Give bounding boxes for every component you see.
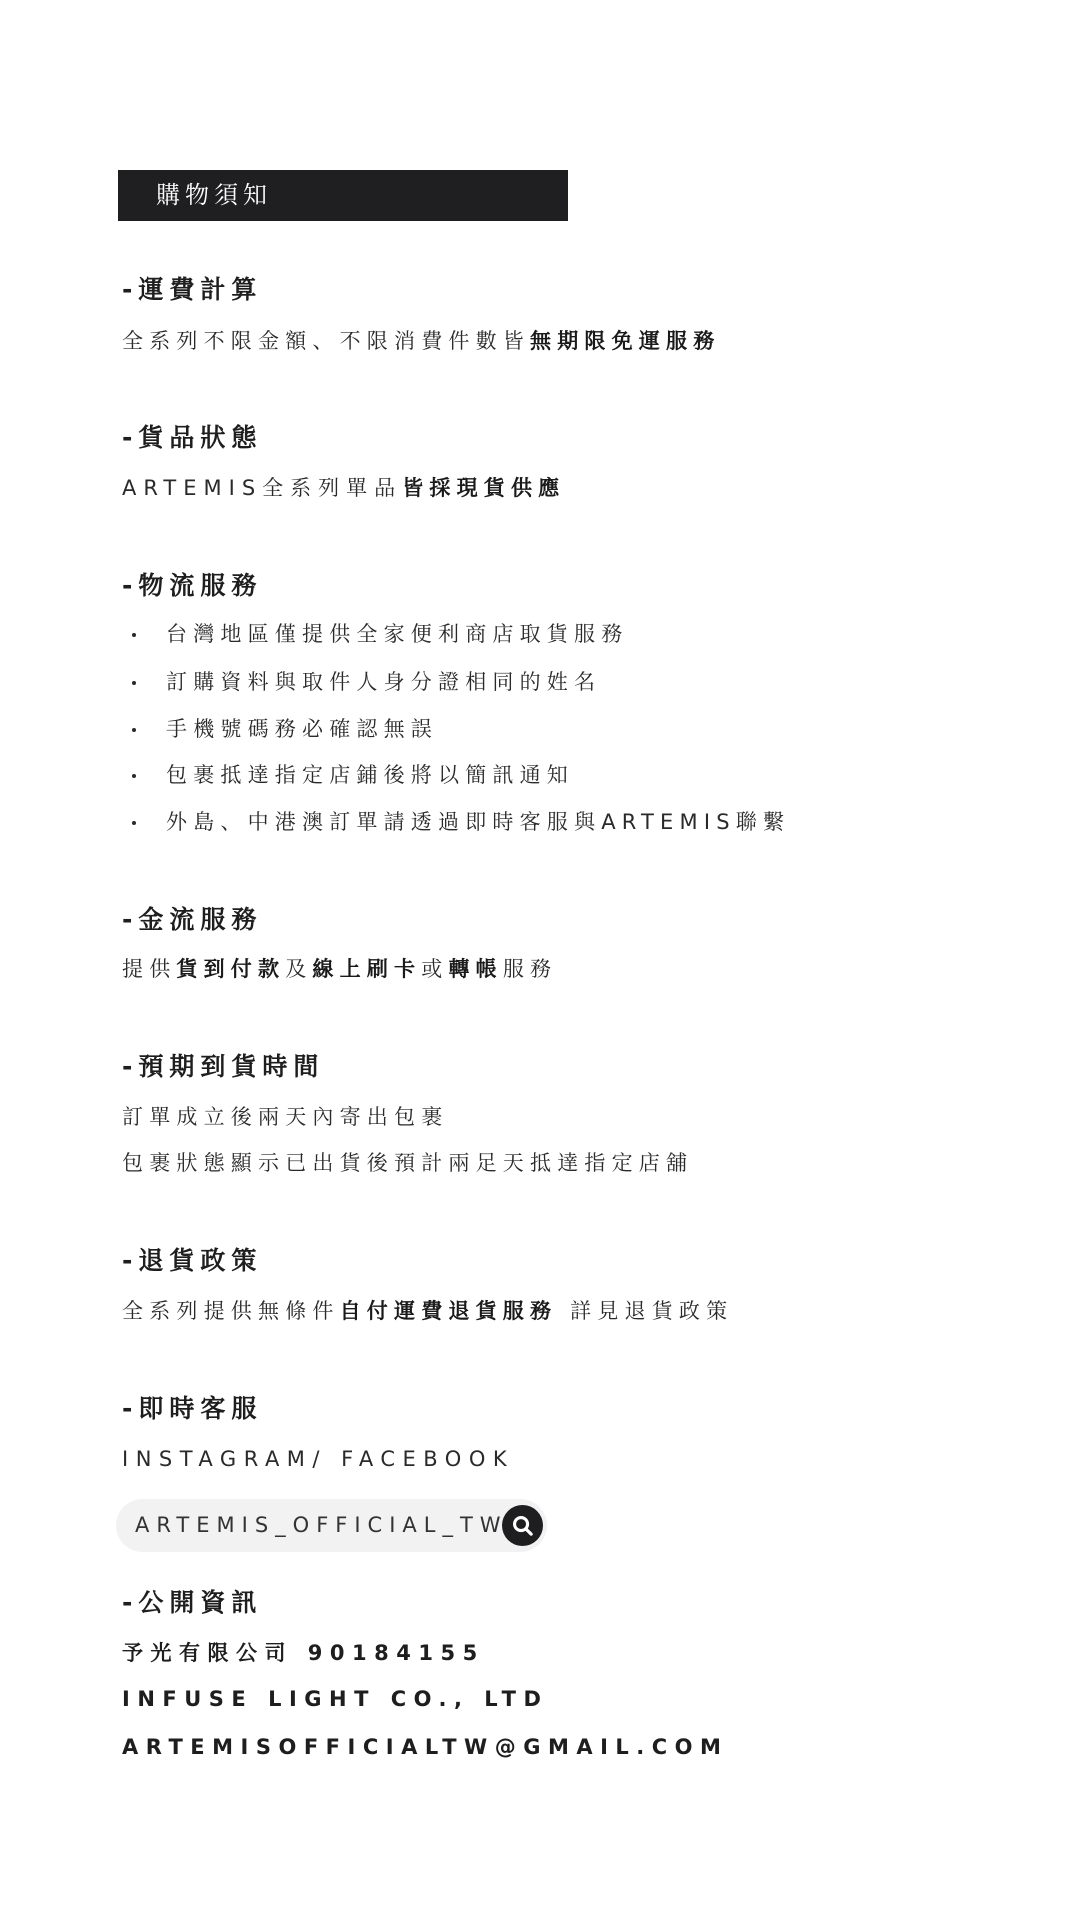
payment-text-part: 及 [285, 957, 312, 981]
section-heading-payment: -金流服務 [122, 905, 262, 935]
bullet-icon [132, 633, 136, 637]
list-item: 外島、中港澳訂單請透過即時客服與ARTEMIS聯繫 [128, 808, 790, 836]
social-platforms: INSTAGRAM/ FACEBOOK [122, 1445, 514, 1473]
list-item: 包裹抵達指定店鋪後將以簡訊通知 [128, 761, 574, 789]
list-item: 台灣地區僅提供全家便利商店取貨服務 [128, 620, 628, 648]
section-heading-returns: -退貨政策 [122, 1246, 262, 1276]
payment-text-part: 服務 [503, 957, 557, 981]
bullet-icon [132, 774, 136, 778]
social-account-search[interactable]: ARTEMIS_OFFICIAL_TW [116, 1499, 547, 1552]
section-heading-public-info: -公開資訊 [122, 1588, 262, 1618]
company-english-name: INFUSE LIGHT CO., LTD [122, 1685, 548, 1713]
stock-status-bold: 皆採現貨供應 [402, 476, 565, 500]
list-item-text: 台灣地區僅提供全家便利商店取貨服務 [166, 622, 628, 646]
bullet-icon [132, 681, 136, 685]
returns-plain: 全系列提供無條件 [122, 1299, 340, 1323]
stock-status-text: ARTEMIS全系列單品皆採現貨供應 [122, 474, 565, 502]
shipping-fee-bold: 無期限免運服務 [530, 329, 720, 353]
returns-text: 全系列提供無條件自付運費退貨服務 詳見退貨政策 [122, 1297, 733, 1325]
section-heading-logistics: -物流服務 [122, 571, 262, 601]
returns-policy-link[interactable]: 詳見退貨政策 [557, 1299, 733, 1323]
bullet-icon [132, 821, 136, 825]
shipping-fee-plain: 全系列不限金額、不限消費件數皆 [122, 329, 530, 353]
delivery-time-line: 訂單成立後兩天內寄出包裹 [122, 1103, 448, 1131]
contact-email[interactable]: ARTEMISOFFICIALTW@GMAIL.COM [122, 1733, 728, 1761]
section-heading-stock-status: -貨品狀態 [122, 423, 262, 453]
payment-text-part: 提供 [122, 957, 176, 981]
payment-text: 提供貨到付款及線上刷卡或轉帳服務 [122, 955, 557, 983]
returns-bold: 自付運費退貨服務 [340, 1299, 558, 1323]
search-icon [511, 1514, 534, 1537]
company-registration: 予光有限公司 90184155 [122, 1639, 485, 1667]
list-item: 訂購資料與取件人身分證相同的姓名 [128, 668, 601, 696]
list-item-text: 手機號碼務必確認無誤 [166, 717, 438, 741]
delivery-time-line: 包裹狀態顯示已出貨後預計兩足天抵達指定店舖 [122, 1149, 693, 1177]
section-heading-customer-service: -即時客服 [122, 1394, 262, 1424]
section-heading-delivery-time: -預期到貨時間 [122, 1052, 324, 1082]
stock-status-plain: ARTEMIS全系列單品 [122, 476, 402, 500]
payment-text-part: 或 [421, 957, 448, 981]
list-item-text: 訂購資料與取件人身分證相同的姓名 [166, 670, 601, 694]
list-item-text: 包裹抵達指定店鋪後將以簡訊通知 [166, 763, 574, 787]
search-button[interactable] [502, 1505, 543, 1546]
payment-transfer: 轉帳 [448, 957, 502, 981]
bullet-icon [132, 728, 136, 732]
page-banner: 購物須知 [118, 170, 568, 221]
page-title: 購物須知 [156, 170, 272, 221]
list-item-text: 外島、中港澳訂單請透過即時客服與ARTEMIS聯繫 [166, 810, 790, 834]
payment-card: 線上刷卡 [312, 957, 421, 981]
section-heading-shipping-fee: -運費計算 [122, 275, 262, 305]
list-item: 手機號碼務必確認無誤 [128, 715, 438, 743]
shipping-fee-text: 全系列不限金額、不限消費件數皆無期限免運服務 [122, 327, 720, 355]
social-account-handle: ARTEMIS_OFFICIAL_TW [135, 1499, 508, 1552]
payment-cod: 貨到付款 [176, 957, 285, 981]
